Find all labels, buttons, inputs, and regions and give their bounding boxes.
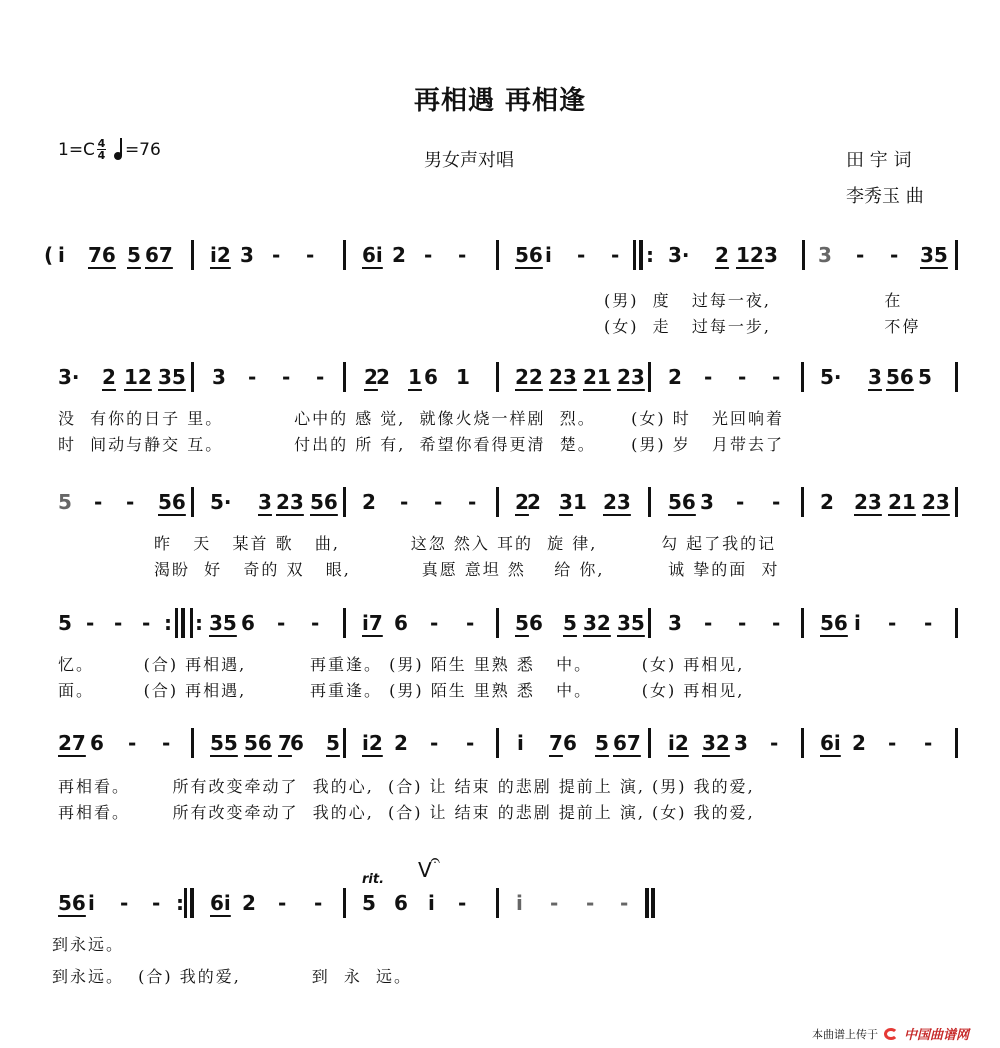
upload-text: 本曲谱上传于 (812, 1026, 878, 1042)
time-signature: 4 4 (97, 138, 106, 161)
fermata-icon: 𝄐 (430, 850, 440, 871)
lyrics-verse-1: 没 有你的日子 里。 心中的 感 觉, 就像火烧一样剧 烈。 (女) 时 光回响… (58, 406, 784, 429)
lyrics-verse-2: 时 间动与静交 互。 付出的 所 有, 希望你看得更清 楚。 (男) 岁 月带去… (58, 432, 784, 455)
tempo: =76 (125, 140, 161, 160)
lyrics-verse-2: (女) 走 过每一步, 不停 (604, 314, 920, 337)
lyrics-verse-2: 再相看。 所有改变牵动了 我的心, (合) 让 结束 的悲剧 提前上 演, (女… (58, 800, 755, 823)
lyrics-verse-1: 到永远。 (52, 932, 124, 955)
quarter-note-icon (114, 152, 122, 160)
lyrics-verse-2: 渴盼 好 奇的 双 眼, 真愿 意坦 然 给 你, 诚 挚的面 对 (154, 557, 779, 580)
lyrics-verse-2: 面。 (合) 再相遇, 再重逢。 (男) 陌生 里熟 悉 中。 (女) 再相见, (58, 678, 744, 701)
ritardando-marking: rit. (362, 872, 384, 887)
subtitle: 男女声对唱 (424, 146, 514, 172)
score-title: 再相遇 再相逢 (0, 80, 1000, 117)
lyricist: 田 宇 词 (846, 146, 911, 172)
lyrics-verse-2: 到永远。 (合) 我的爱, 到 永 远。 (52, 964, 412, 987)
footer: 本曲谱上传于 中国曲谱网 (812, 1024, 969, 1043)
lyrics-verse-1: 忆。 (合) 再相遇, 再重逢。 (男) 陌生 里熟 悉 中。 (女) 再相见, (58, 652, 744, 675)
site-name[interactable]: 中国曲谱网 (904, 1024, 969, 1043)
lyrics-verse-1: (男) 度 过每一夜, 在 (604, 288, 902, 311)
composer: 李秀玉 曲 (846, 182, 924, 208)
lyrics-verse-1: 昨 天 某首 歌 曲, 这忽 然入 耳的 旋 律, 勾 起了我的记 (154, 531, 776, 554)
key-tempo: 1=C 4 4 =76 (58, 138, 161, 161)
lyrics-verse-1: 再相看。 所有改变牵动了 我的心, (合) 让 结束 的悲剧 提前上 演, (男… (58, 774, 755, 797)
site-logo-icon (884, 1028, 898, 1040)
key-signature: 1=C (58, 140, 95, 160)
